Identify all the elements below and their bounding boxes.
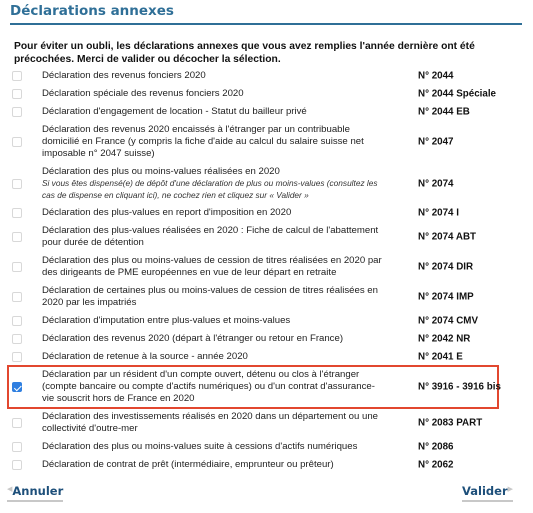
declaration-label: Déclaration des investissements réalisés… bbox=[42, 411, 382, 435]
form-number: N° 2042 NR bbox=[418, 334, 470, 345]
declaration-row: Déclaration spéciale des revenus foncier… bbox=[0, 85, 533, 103]
declaration-checkbox[interactable] bbox=[12, 179, 22, 189]
declaration-row: Déclaration des plus ou moins-values sui… bbox=[0, 438, 533, 456]
declaration-label: Déclaration des plus-values en report d'… bbox=[42, 207, 382, 219]
form-number: N° 2041 E bbox=[418, 352, 463, 363]
form-number: N° 2074 CMV bbox=[418, 316, 478, 327]
declaration-row: Déclaration des plus-values réalisées en… bbox=[0, 222, 533, 252]
declaration-title: Déclaration spéciale des revenus foncier… bbox=[42, 88, 244, 99]
declaration-row: Déclaration des plus ou moins-values de … bbox=[0, 252, 533, 282]
declaration-checkbox[interactable] bbox=[12, 208, 22, 218]
declaration-row: Déclaration des investissements réalisés… bbox=[0, 408, 533, 438]
form-number: N° 2044 Spéciale bbox=[418, 89, 496, 100]
declaration-label: Déclaration des revenus 2020 (départ à l… bbox=[42, 333, 382, 345]
declaration-row: Déclaration des plus ou moins-values réa… bbox=[0, 163, 533, 204]
declaration-title: Déclaration des plus ou moins-values de … bbox=[42, 255, 382, 278]
form-number: N° 2074 DIR bbox=[418, 262, 473, 273]
declaration-label: Déclaration des revenus 2020 encaissés à… bbox=[42, 124, 382, 160]
declaration-checkbox[interactable] bbox=[12, 71, 22, 81]
validate-button[interactable]: Valider▶ bbox=[462, 484, 513, 502]
declaration-title: Déclaration des plus ou moins-values réa… bbox=[42, 166, 280, 177]
declaration-label: Déclaration de certaines plus ou moins-v… bbox=[42, 285, 382, 309]
declaration-note[interactable]: Si vous êtes dispensé(e) de dépôt d'une … bbox=[42, 178, 382, 201]
declaration-label: Déclaration des plus ou moins-values réa… bbox=[42, 166, 382, 201]
declaration-checkbox[interactable] bbox=[12, 442, 22, 452]
declaration-row: Déclaration d'imputation entre plus-valu… bbox=[0, 312, 533, 330]
intro-text: Pour éviter un oubli, les déclarations a… bbox=[14, 40, 524, 66]
declaration-title: Déclaration de contrat de prêt (interméd… bbox=[42, 459, 334, 470]
declaration-title: Déclaration des revenus 2020 encaissés à… bbox=[42, 124, 364, 159]
form-number: N° 2074 I bbox=[418, 208, 459, 219]
declaration-row: Déclaration de contrat de prêt (interméd… bbox=[0, 456, 533, 474]
declaration-checkbox[interactable] bbox=[12, 262, 22, 272]
declaration-checkbox[interactable] bbox=[12, 316, 22, 326]
declaration-title: Déclaration d'engagement de location - S… bbox=[42, 106, 307, 117]
declaration-checkbox[interactable] bbox=[12, 232, 22, 242]
arrow-right-icon: ▶ bbox=[508, 485, 513, 493]
declaration-row: Déclaration des revenus 2020 encaissés à… bbox=[0, 121, 533, 163]
form-number: N° 2074 bbox=[418, 178, 454, 189]
declaration-checkbox[interactable] bbox=[12, 382, 22, 392]
form-number: N° 2047 bbox=[418, 137, 454, 148]
form-number: N° 2044 EB bbox=[418, 107, 470, 118]
declaration-checkbox[interactable] bbox=[12, 137, 22, 147]
declaration-label: Déclaration par un résident d'un compte … bbox=[42, 369, 382, 405]
declaration-title: Déclaration de retenue à la source - ann… bbox=[42, 351, 248, 362]
declaration-checkbox[interactable] bbox=[12, 107, 22, 117]
declaration-row: Déclaration de retenue à la source - ann… bbox=[0, 348, 533, 366]
declaration-checkbox[interactable] bbox=[12, 89, 22, 99]
section-header: Déclarations annexes bbox=[10, 3, 522, 25]
declaration-checkbox[interactable] bbox=[12, 418, 22, 428]
declaration-label: Déclaration d'engagement de location - S… bbox=[42, 106, 382, 118]
declaration-title: Déclaration des plus-values en report d'… bbox=[42, 207, 291, 218]
declaration-title: Déclaration des revenus fonciers 2020 bbox=[42, 70, 206, 81]
declaration-row: Déclaration par un résident d'un compte … bbox=[8, 366, 498, 408]
declaration-checkbox[interactable] bbox=[12, 352, 22, 362]
declaration-row: Déclaration des plus-values en report d'… bbox=[0, 204, 533, 222]
form-number: N° 2074 IMP bbox=[418, 292, 474, 303]
cancel-button[interactable]: ◀Annuler bbox=[7, 484, 63, 502]
page-title: Déclarations annexes bbox=[10, 3, 522, 19]
declaration-label: Déclaration spéciale des revenus foncier… bbox=[42, 88, 382, 100]
declaration-row: Déclaration de certaines plus ou moins-v… bbox=[0, 282, 533, 312]
declaration-title: Déclaration des plus ou moins-values sui… bbox=[42, 441, 357, 452]
declaration-label: Déclaration d'imputation entre plus-valu… bbox=[42, 315, 382, 327]
form-number: N° 2083 PART bbox=[418, 418, 482, 429]
declaration-title: Déclaration par un résident d'un compte … bbox=[42, 369, 375, 404]
form-number: N° 2044 bbox=[418, 71, 454, 82]
cancel-label: Annuler bbox=[12, 484, 63, 498]
declaration-label: Déclaration des plus ou moins-values sui… bbox=[42, 441, 382, 453]
form-number: N° 3916 - 3916 bis bbox=[418, 382, 501, 393]
declaration-row: Déclaration d'engagement de location - S… bbox=[0, 103, 533, 121]
declaration-title: Déclaration d'imputation entre plus-valu… bbox=[42, 315, 290, 326]
declaration-title: Déclaration des revenus 2020 (départ à l… bbox=[42, 333, 343, 344]
declaration-checkbox[interactable] bbox=[12, 334, 22, 344]
declaration-checkbox[interactable] bbox=[12, 460, 22, 470]
declaration-label: Déclaration des plus ou moins-values de … bbox=[42, 255, 382, 279]
declaration-label: Déclaration de retenue à la source - ann… bbox=[42, 351, 382, 363]
form-number: N° 2086 bbox=[418, 442, 454, 453]
declaration-label: Déclaration de contrat de prêt (interméd… bbox=[42, 459, 382, 471]
form-number: N° 2062 bbox=[418, 460, 454, 471]
declaration-title: Déclaration des plus-values réalisées en… bbox=[42, 225, 378, 248]
declaration-row: Déclaration des revenus 2020 (départ à l… bbox=[0, 330, 533, 348]
declaration-checkbox[interactable] bbox=[12, 292, 22, 302]
form-number: N° 2074 ABT bbox=[418, 232, 476, 243]
declaration-title: Déclaration de certaines plus ou moins-v… bbox=[42, 285, 378, 308]
declaration-label: Déclaration des revenus fonciers 2020 bbox=[42, 70, 382, 82]
declaration-title: Déclaration des investissements réalisés… bbox=[42, 411, 378, 434]
declaration-row: Déclaration des revenus fonciers 2020N° … bbox=[0, 67, 533, 85]
declaration-label: Déclaration des plus-values réalisées en… bbox=[42, 225, 382, 249]
validate-label: Valider bbox=[462, 484, 508, 498]
declarations-list: Déclaration des revenus fonciers 2020N° … bbox=[0, 67, 533, 474]
